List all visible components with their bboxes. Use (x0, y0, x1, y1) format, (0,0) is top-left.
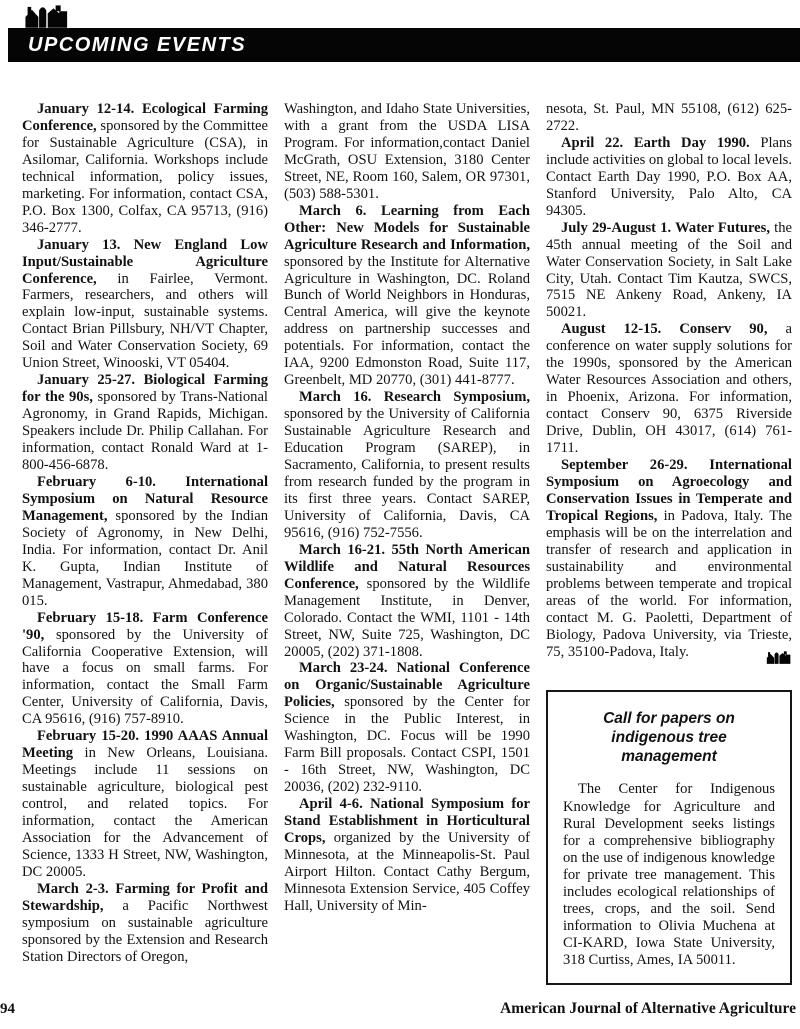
event-entry: February 15-18. Farm Conference '90, spo… (22, 610, 268, 729)
event-entry: March 23-24. National Conference on Orga… (284, 660, 530, 796)
continuation-paragraph: nesota, St. Paul, MN 55108, (612) 625-27… (546, 101, 792, 135)
event-entry-body: sponsored by the Institute for Alternati… (284, 254, 530, 389)
event-entry: January 12-14. Ecological Farming Confer… (22, 101, 268, 237)
call-for-papers-box: Call for papers on indigenous tree manag… (546, 690, 792, 985)
event-entry: January 25-27. Biological Farming for th… (22, 372, 268, 474)
page-number: 94 (0, 1001, 15, 1018)
banner-title: UPCOMING EVENTS (28, 34, 246, 57)
event-entry: August 12-15. Conserv 90, a conference o… (546, 321, 792, 457)
event-entry-body: sponsored by the Committee for Sustainab… (22, 118, 268, 236)
event-entry: February 15-20. 1990 AAAS Annual Meeting… (22, 728, 268, 881)
events-columns: January 12-14. Ecological Farming Confer… (22, 101, 793, 985)
event-entry: March 16-21. 55th North American Wildlif… (284, 542, 530, 661)
event-entry: July 29-August 1. Water Futures, the 45t… (546, 220, 792, 322)
event-entry: April 22. Earth Day 1990. Plans include … (546, 135, 792, 220)
call-for-papers-title: Call for papers on indigenous tree manag… (569, 709, 769, 766)
event-column-2: Washington, and Idaho State Universities… (284, 101, 530, 985)
call-for-papers-body: The Center for Indigenous Knowledge for … (563, 781, 775, 969)
continuation-paragraph: Washington, and Idaho State Universities… (284, 101, 530, 203)
event-entry-lead: August 12-15. Conserv 90, (561, 321, 768, 337)
event-column-3: nesota, St. Paul, MN 55108, (612) 625-27… (546, 101, 792, 985)
event-entry: January 13. New England Low Input/Sustai… (22, 237, 268, 373)
event-entry-body: in New Orleans, Louisiana. Meetings incl… (22, 745, 268, 880)
event-entry: March 16. Research Symposium, sponsored … (284, 389, 530, 542)
event-column-1: January 12-14. Ecological Farming Confer… (22, 101, 268, 985)
events-banner: UPCOMING EVENTS (8, 28, 800, 62)
event-entry-body: sponsored by the University of Californi… (284, 406, 530, 541)
journal-title: American Journal of Alternative Agricult… (500, 1000, 796, 1018)
event-entry-lead: March 16. Research Symposium, (299, 389, 530, 405)
event-entry-lead: April 22. Earth Day 1990. (561, 135, 750, 151)
event-entry-body: sponsored by the University of Californi… (22, 627, 268, 728)
event-entry-lead: July 29-August 1. Water Futures, (561, 220, 770, 236)
event-entry: March 6. Learning from Each Other: New M… (284, 203, 530, 389)
event-entry-body: a conference on water supply solutions f… (546, 321, 792, 456)
event-entry: March 2-3. Farming for Profit and Stewar… (22, 881, 268, 966)
event-entry: September 26-29. International Symposium… (546, 457, 792, 660)
end-of-section-farm-icon (751, 650, 792, 664)
event-entry-body: in Padova, Italy. The emphasis will be o… (546, 508, 792, 660)
event-entry: April 4-6. National Symposium for Stand … (284, 796, 530, 915)
event-entry: February 6-10. International Symposium o… (22, 474, 268, 610)
event-entry-lead: March 6. Learning from Each Other: New M… (284, 203, 530, 253)
